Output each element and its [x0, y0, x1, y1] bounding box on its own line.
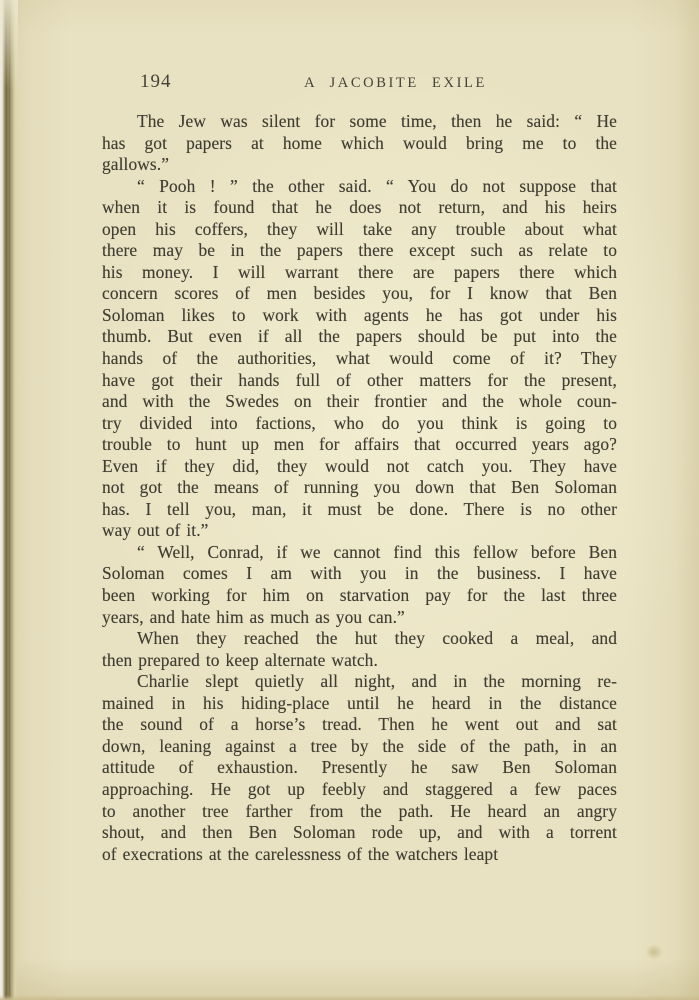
text-block: The Jew was silent for some time, then h…: [102, 111, 617, 865]
text-line: Charlie slept quietly all night, and in …: [102, 671, 617, 693]
binding-edge: [0, 0, 18, 1000]
text-line: years, and hate him as much as you can.”: [102, 607, 617, 629]
text-line: thumb. But even if all the papers should…: [102, 326, 617, 348]
text-line: hands of the authorities, what would com…: [102, 348, 617, 370]
book-page: 194 A JACOBITE EXILE The Jew was silent …: [0, 0, 699, 1000]
text-line: been working for him on starvation pay f…: [102, 585, 617, 607]
text-line: not got the means of running you down th…: [102, 477, 617, 499]
text-line: down, leaning against a tree by the side…: [102, 736, 617, 758]
text-line: gallows.”: [102, 154, 617, 176]
text-line: Soloman comes I am with you in the busin…: [102, 563, 617, 585]
text-line: then prepared to keep alternate watch.: [102, 650, 617, 672]
paper-stain: [428, 252, 440, 262]
binding-edge-fade: [0, 0, 18, 90]
text-line: when it is found that he does not return…: [102, 197, 617, 219]
text-line: attitude of exhaustion. Presently he saw…: [102, 757, 617, 779]
text-line: “ Pooh ! ” the other said. “ You do not …: [102, 176, 617, 198]
text-line: “ Well, Conrad, if we cannot find this f…: [102, 542, 617, 564]
text-line: there may be in the papers there except …: [102, 240, 617, 262]
text-line: has got papers at home which would bring…: [102, 133, 617, 155]
paragraph: When they reached the hut they cooked a …: [102, 628, 617, 671]
text-line: mained in his hiding-place until he hear…: [102, 693, 617, 715]
text-line: and with the Swedes on their frontier an…: [102, 391, 617, 413]
text-line: of execrations at the carelessness of th…: [102, 844, 617, 866]
running-title: A JACOBITE EXILE: [138, 75, 653, 92]
text-line: Even if they did, they would not catch y…: [102, 456, 617, 478]
text-line: When they reached the hut they cooked a …: [102, 628, 617, 650]
text-line: have got their hands full of other matte…: [102, 370, 617, 392]
text-line: open his coffers, they will take any tro…: [102, 219, 617, 241]
paragraph: “ Well, Conrad, if we cannot find this f…: [102, 542, 617, 628]
text-line: trouble to hunt up men for affairs that …: [102, 434, 617, 456]
paragraph: Charlie slept quietly all night, and in …: [102, 671, 617, 865]
page-header: 194 A JACOBITE EXILE: [102, 71, 617, 95]
text-line: Soloman likes to work with agents he has…: [102, 305, 617, 327]
text-line: The Jew was silent for some time, then h…: [102, 111, 617, 133]
page-bottom-edge: [0, 995, 699, 1000]
text-line: to another tree farther from the path. H…: [102, 801, 617, 823]
text-line: his money. I will warrant there are pape…: [102, 262, 617, 284]
text-line: try divided into factions, who do you th…: [102, 413, 617, 435]
paragraph: “ Pooh ! ” the other said. “ You do not …: [102, 176, 617, 542]
text-line: approaching. He got up feebly and stagge…: [102, 779, 617, 801]
text-line: way out of it.”: [102, 520, 617, 542]
paper-stain: [645, 944, 663, 960]
text-line: shout, and then Ben Soloman rode up, and…: [102, 822, 617, 844]
paragraph: The Jew was silent for some time, then h…: [102, 111, 617, 176]
text-line: the sound of a horse’s tread. Then he we…: [102, 714, 617, 736]
text-line: concern scores of men besides you, for I…: [102, 283, 617, 305]
text-line: has. I tell you, man, it must be done. T…: [102, 499, 617, 521]
